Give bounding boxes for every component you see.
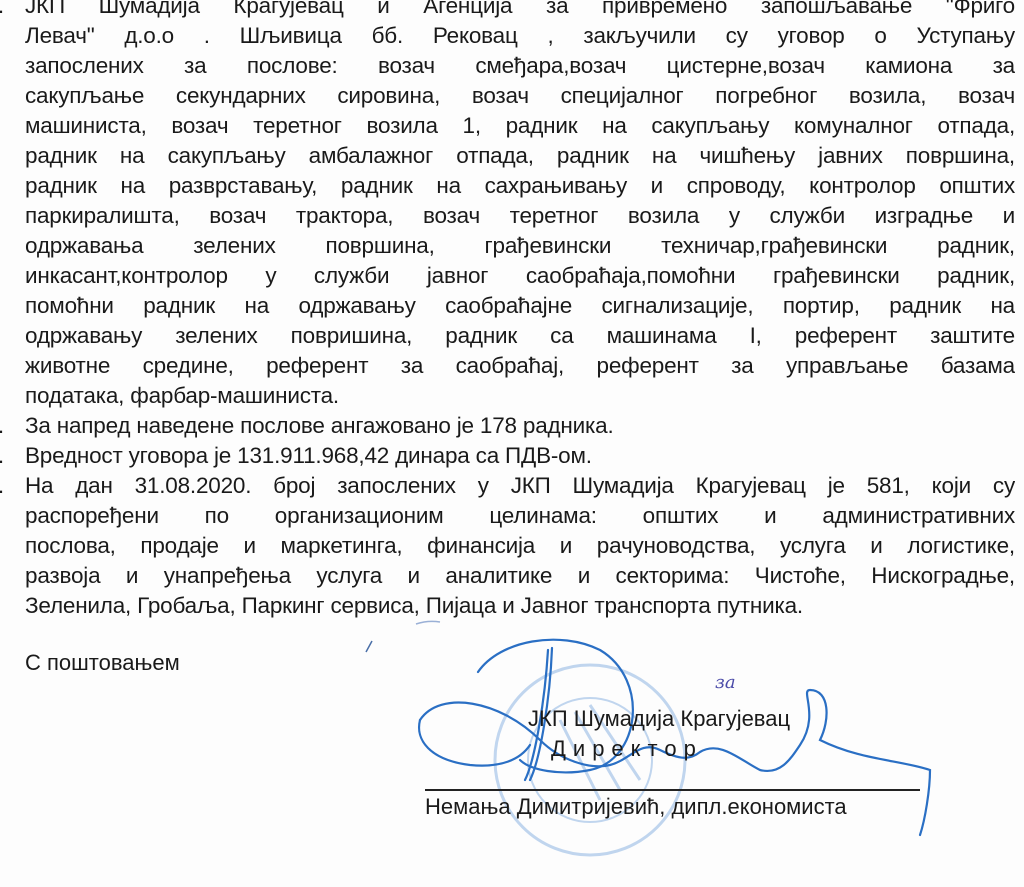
text-line: запослених за послове: возач смеђара,воз… — [25, 52, 1015, 80]
text-line: радник на сакупљању амбалажног отпада, р… — [25, 142, 1015, 170]
text-line: ЈКП Шумадија Крагујевац и Агенција за пр… — [25, 0, 1015, 20]
list-marker: . — [0, 412, 4, 440]
list-marker: . — [0, 0, 4, 20]
text-line: Зеленила, Гробаља, Паркинг сервиса, Пија… — [25, 592, 1015, 620]
text-line: инкасант,контролор у служби јавног саобр… — [25, 262, 1015, 290]
text-line: распоређени по организационим целинама: … — [25, 502, 1015, 530]
text-line: машиниста, возач теретног возила 1, радн… — [25, 112, 1015, 140]
text-line: одржавању зелених повришина, радник са м… — [25, 322, 1015, 350]
text-line: помоћни радник на одржавању саобраћајне … — [25, 292, 1015, 320]
text-line: Левач" д.о.о . Шљивица бб. Рековац , зак… — [25, 22, 1015, 50]
text-line: Вредност уговора је 131.911.968,42 динар… — [25, 442, 1015, 470]
text-line: радник на разврставању, радник на сахрањ… — [25, 172, 1015, 200]
text-line: На дан 31.08.2020. број запослених у ЈКП… — [25, 472, 1015, 500]
list-marker: . — [0, 442, 4, 470]
text-line: паркиралишта, возач трактора, возач тере… — [25, 202, 1015, 230]
text-line: послова, продаје и маркетинга, финансија… — [25, 532, 1015, 560]
text-line: података, фарбар-машиниста. — [25, 382, 1015, 410]
text-line: одржавања зелених површина, грађевински … — [25, 232, 1015, 260]
closing-salutation: С поштовањем — [25, 650, 180, 676]
document-page: . ЈКП Шумадија Крагујевац и Агенција за … — [0, 0, 1024, 887]
text-line: сакупљање секундарних сировина, возач сп… — [25, 82, 1015, 110]
signature-title: Директор — [551, 736, 703, 762]
list-marker: . — [0, 472, 4, 500]
initials-mark: за — [715, 672, 736, 693]
signature-organization: ЈКП Шумадија Крагујевац — [528, 706, 790, 732]
signature-line — [425, 789, 920, 791]
signatory-name: Немања Димитријевић, дипл.економиста — [425, 794, 847, 820]
text-line: За напред наведене послове ангажовано је… — [25, 412, 1015, 440]
text-line: развоја и унапређења услуга и аналитике … — [25, 562, 1015, 590]
text-line: животне средине, референт за саобраћај, … — [25, 352, 1015, 380]
